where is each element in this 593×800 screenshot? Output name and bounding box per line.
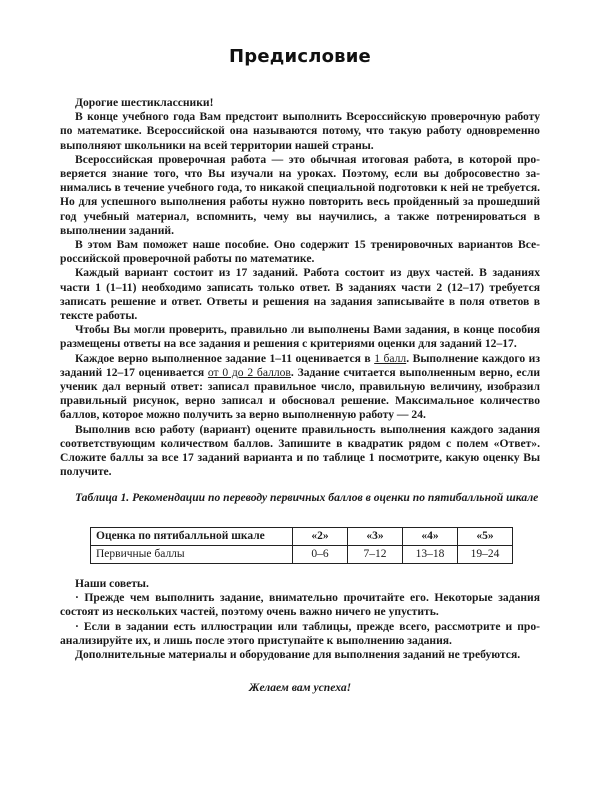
table-cell: Первичные баллы <box>91 546 293 564</box>
paragraph: Всероссийская проверочная работа — это о… <box>60 153 540 238</box>
preface-body: Дорогие шестиклассники!В конце учебного … <box>60 96 540 479</box>
text-run: Каждый вариант состоит из 17 заданий. Ра… <box>60 266 540 322</box>
table-cell: 0–6 <box>293 546 348 564</box>
text-run: Каждое верно выполненное задание 1–11 оц… <box>75 352 374 365</box>
text-run: потому <box>322 124 358 137</box>
paragraph: Чтобы Вы могли проверить, правильно ли в… <box>60 323 540 351</box>
table-cell: «4» <box>403 528 458 546</box>
text-run: В конце учебного года Вам <box>75 110 225 123</box>
paragraph: В этом Вам поможет наше пособие. Оно сод… <box>60 238 540 266</box>
table-cell: 13–18 <box>403 546 458 564</box>
table-row: Оценка по пятибалльной шкале «2» «3» «4»… <box>91 528 513 546</box>
grade-conversion-table: Оценка по пятибалльной шкале «2» «3» «4»… <box>90 527 513 564</box>
table-cell: 19–24 <box>458 546 513 564</box>
advice-heading: Наши советы. <box>60 577 540 591</box>
table-cell: «2» <box>293 528 348 546</box>
advice-item: · Если в задании есть иллюстрации или та… <box>60 620 540 648</box>
paragraph: Каждое верно выполненное задание 1–11 оц… <box>60 352 540 423</box>
text-run: В этом Вам поможет наше пособие. Оно сод… <box>60 238 540 265</box>
paragraph: Каждый вариант состоит из 17 заданий. Ра… <box>60 266 540 323</box>
paragraph: В конце учебного года Вам предстоит выпо… <box>60 110 540 153</box>
text-run: Выполнив всю работу (вариант) оцените пр… <box>60 423 540 479</box>
greeting: Дорогие шестиклассники! <box>60 96 540 110</box>
page-title: Предисловие <box>60 50 540 64</box>
closing-wish: Желаем вам успеха! <box>60 681 540 695</box>
underlined-text: от 0 до 2 баллов <box>208 366 291 379</box>
text-run: Дорогие шестиклассники! <box>75 96 213 109</box>
advice-section: Наши советы. · Прежде чем выполнить зада… <box>60 577 540 662</box>
advice-note: Дополнительные материалы и оборудование … <box>60 648 540 662</box>
advice-item: · Прежде чем выполнить задание, внимател… <box>60 591 540 619</box>
table-cell: «3» <box>348 528 403 546</box>
table-cell: 7–12 <box>348 546 403 564</box>
text-run: Всероссийская проверочная работа — это о… <box>60 153 540 237</box>
paragraph: Выполнив всю работу (вариант) оцените пр… <box>60 423 540 480</box>
text-run: Чтобы Вы могли проверить, правильно ли в… <box>60 323 540 350</box>
underlined-text: 1 балл <box>374 352 406 365</box>
text-run: предстоит <box>225 110 278 123</box>
table-row: Первичные баллы 0–6 7–12 13–18 19–24 <box>91 546 513 564</box>
table-cell: Оценка по пятибалльной шкале <box>91 528 293 546</box>
table-cell: «5» <box>458 528 513 546</box>
table-caption: Таблица 1. Рекомендации по переводу перв… <box>60 491 540 505</box>
